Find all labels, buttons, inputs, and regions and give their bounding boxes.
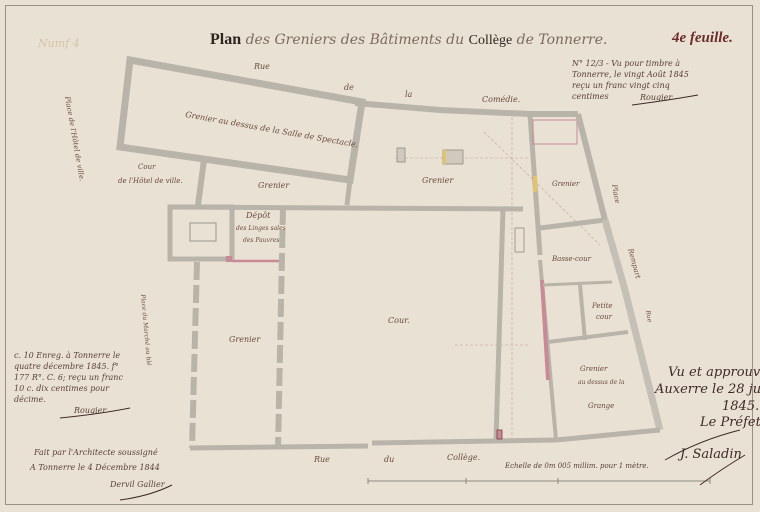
label-petite-cour-2: cour <box>596 314 612 321</box>
label-rue-right: Rue <box>644 310 652 323</box>
label-depot-3: des Pauvres <box>243 238 279 244</box>
label-grenier-grange-3: Grange <box>588 403 614 410</box>
label-street-north-1: Rue <box>254 63 270 71</box>
label-street-north-3: la <box>405 91 412 99</box>
scale-bar <box>368 478 710 484</box>
title-college: Collège <box>469 33 513 48</box>
label-cour-hotel-ville-1: Cour <box>138 164 155 171</box>
ghost-note: Numf 4 <box>38 37 80 50</box>
title-suffix: de Tonnerre. <box>517 32 608 48</box>
label-street-south-2: du <box>384 456 394 464</box>
label-depot-2: des Linges sales <box>236 226 286 232</box>
title-prefix: Plan <box>210 31 241 48</box>
label-cour: Cour. <box>388 317 410 325</box>
label-grenier-c: Grenier <box>552 181 579 188</box>
label-depot-1: Dépôt <box>246 212 270 220</box>
approval-line-1: Vu et approuvé <box>668 364 760 381</box>
title-middle: des Greniers des Bâtiments du <box>246 32 465 48</box>
approval-line-2: Auxerre le 28 juillet <box>655 381 760 398</box>
prefect-signature: J. Saladin <box>680 446 742 463</box>
approval-line-4: Le Préfet <box>700 414 760 431</box>
scale-label: Echelle de 0m 005 millim. pour 1 mètre. <box>505 461 649 472</box>
label-grenier-b: Grenier <box>422 177 453 185</box>
label-cour-hotel-ville-2: de l'Hôtel de ville. <box>118 178 183 185</box>
label-street-south-3: Collège. <box>447 454 480 462</box>
label-grenier-d: Grenier <box>229 336 260 344</box>
architect-signature: Dervil Gallier <box>110 479 165 490</box>
sheet-number: 4e feuille. <box>672 30 733 47</box>
registration-note-left: c. 10 Enreg. à Tonnerre le quatre décemb… <box>14 350 123 405</box>
label-street-north-2: de <box>344 84 354 92</box>
signature-top-right: Rougier <box>640 92 672 103</box>
label-grenier-grange-2: au dessus de la <box>578 380 625 386</box>
label-grenier-grange-1: Grenier <box>580 366 607 373</box>
document-title: Plan des Greniers des Bâtiments du Collè… <box>210 31 607 49</box>
architect-line-1: Fait par l'Architecte soussigné <box>34 447 158 458</box>
approval-line-3: 1845. <box>722 398 759 415</box>
label-street-north-4: Comédie. <box>482 96 520 104</box>
label-street-south-1: Rue <box>314 456 330 464</box>
label-basse-cour: Basse-cour <box>552 256 591 263</box>
signature-left: Rougier <box>74 405 106 416</box>
label-petite-cour-1: Petite <box>592 303 613 310</box>
architect-line-2: A Tonnerre le 4 Décembre 1844 <box>30 462 160 473</box>
label-grenier-a: Grenier <box>258 182 289 190</box>
